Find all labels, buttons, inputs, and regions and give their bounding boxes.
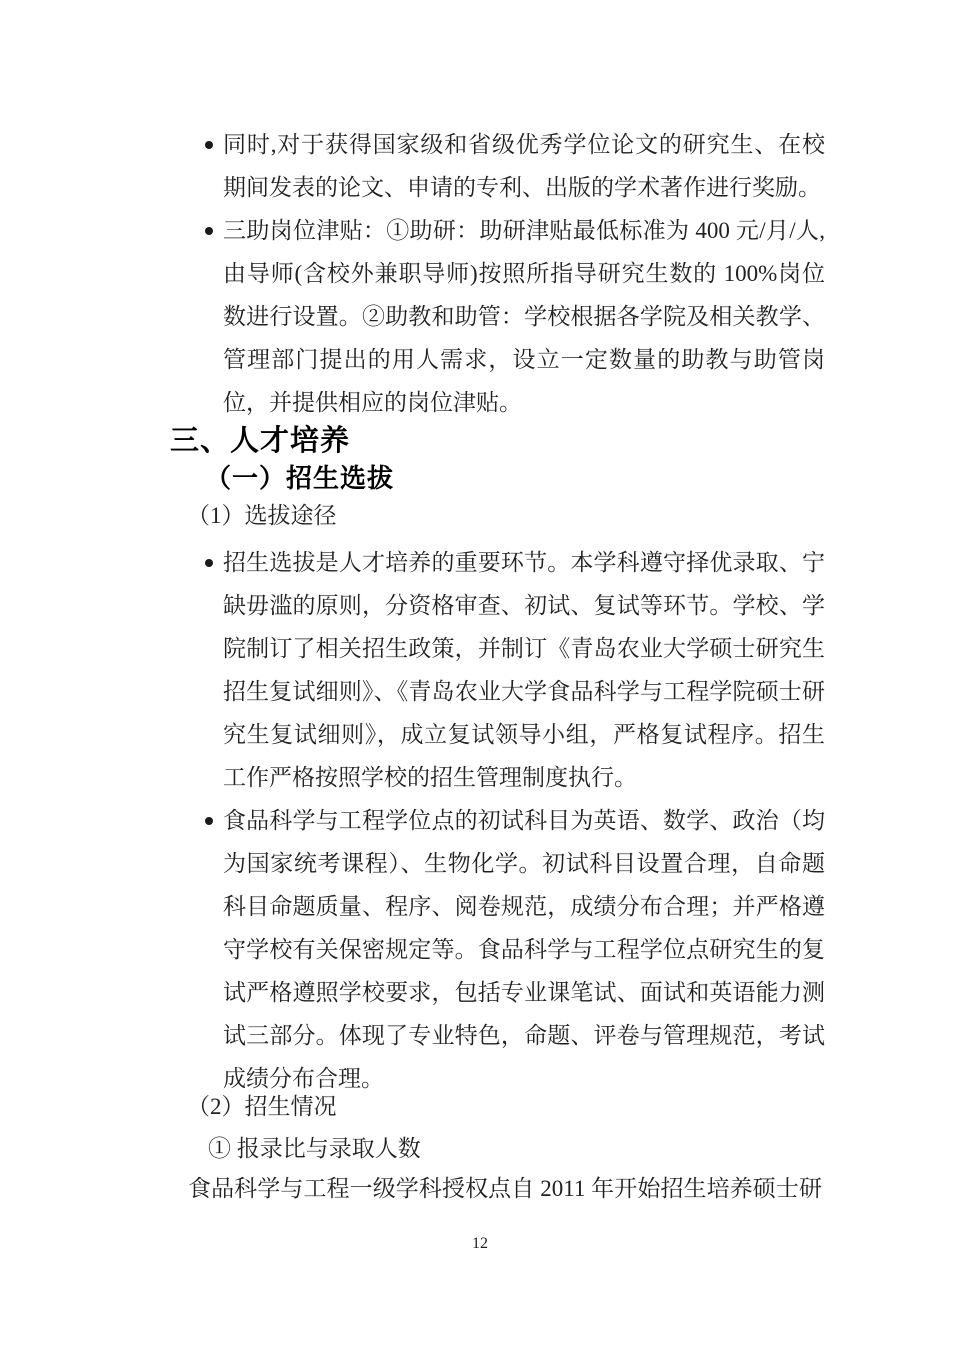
body-paragraph: 食品科学与工程一级学科授权点自 2011 年开始招生培养硕士研 <box>188 1177 822 1201</box>
bullet-dot-icon <box>205 559 213 567</box>
subsection-heading: （一）招生选拔 <box>205 464 825 492</box>
page-content: 同时,对于获得国家级和省级优秀学位论文的研究生、在校期间发表的论文、申请的专利、… <box>170 123 825 1201</box>
list-label-selection-path: （1）选拔途径 <box>187 504 825 528</box>
bullet-text: 食品科学与工程学位点的初试科目为英语、数学、政治（均为国家统考课程）、生物化学。… <box>223 808 825 1091</box>
document-page: 同时,对于获得国家级和省级优秀学位论文的研究生、在校期间发表的论文、申请的专利、… <box>0 0 960 1357</box>
funding-bullet-list: 同时,对于获得国家级和省级优秀学位论文的研究生、在校期间发表的论文、申请的专利、… <box>170 123 825 424</box>
selection-bullet-list: 招生选拔是人才培养的重要环节。本学科遵守择优录取、宁缺毋滥的原则，分资格审查、初… <box>170 541 825 1100</box>
bullet-dot-icon <box>205 141 213 149</box>
bullet-text: 招生选拔是人才培养的重要环节。本学科遵守择优录取、宁缺毋滥的原则，分资格审查、初… <box>223 550 825 790</box>
circled-number-item: ① 报录比与录取人数 <box>208 1137 825 1161</box>
bullet-item: 招生选拔是人才培养的重要环节。本学科遵守择优录取、宁缺毋滥的原则，分资格审查、初… <box>170 541 825 799</box>
bullet-dot-icon <box>205 227 213 235</box>
section-heading: 三、人才培养 <box>170 426 825 456</box>
bullet-item: 食品科学与工程学位点的初试科目为英语、数学、政治（均为国家统考课程）、生物化学。… <box>170 799 825 1100</box>
bullet-text: 三助岗位津贴：①助研：助研津贴最低标准为 400 元/月/人,由导师(含校外兼职… <box>223 218 825 415</box>
bullet-item: 同时,对于获得国家级和省级优秀学位论文的研究生、在校期间发表的论文、申请的专利、… <box>170 123 825 209</box>
bullet-text: 同时,对于获得国家级和省级优秀学位论文的研究生、在校期间发表的论文、申请的专利、… <box>223 132 825 200</box>
bullet-dot-icon <box>205 817 213 825</box>
bullet-item: 三助岗位津贴：①助研：助研津贴最低标准为 400 元/月/人,由导师(含校外兼职… <box>170 209 825 424</box>
page-number: 12 <box>0 1236 960 1252</box>
